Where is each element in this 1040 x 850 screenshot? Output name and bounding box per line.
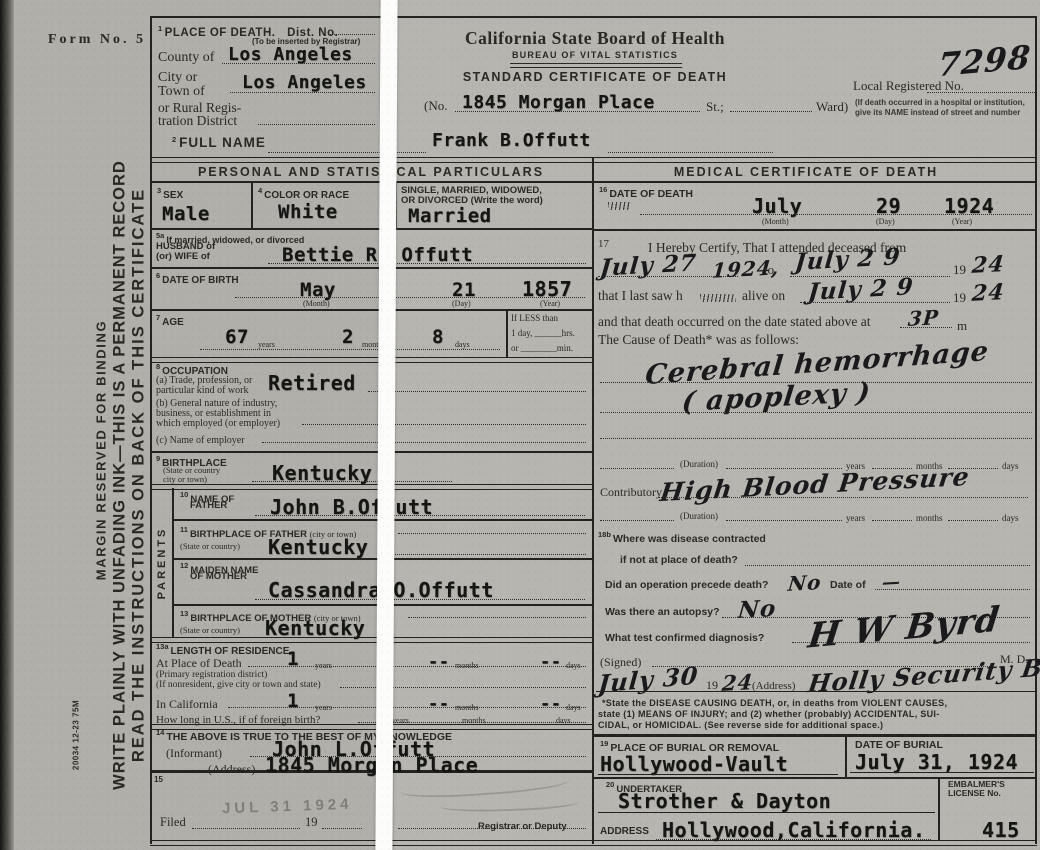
rule [594, 734, 1036, 737]
operation-date-label: Date of [830, 579, 866, 591]
race-value: White [278, 201, 338, 223]
residence-place-label: At Place of Death [156, 656, 242, 671]
autopsy-answer: No [737, 595, 778, 624]
board-of-health-title: California State Board of Health [430, 28, 760, 49]
leader [268, 263, 586, 264]
ward-label: Ward) [816, 99, 848, 115]
footnote-line-1: *State the DISEASE CAUSING DEATH, or, in… [602, 698, 947, 708]
leader [262, 442, 586, 443]
undertaker-value: Strother & Dayton [618, 789, 831, 813]
last-saw-year-value: 24 [971, 279, 1006, 307]
months-caption: months [462, 716, 486, 725]
filed-year-prefix: 19 [305, 815, 318, 830]
autopsy-question-label: Was there an autopsy? [605, 606, 720, 618]
informant-caption: (Informant) [166, 746, 222, 761]
cause-of-death-label: The Cause of Death* was as follows: [598, 332, 799, 348]
registrar-caption: Registrar or Deputy [478, 821, 567, 832]
leader [268, 152, 426, 153]
sex-label: 3SEX [157, 186, 183, 201]
spouse-wife-label: (or) WIFE of [156, 251, 210, 262]
rule [152, 451, 592, 453]
leader [255, 599, 585, 600]
personal-section-title: PERSONAL AND STATISTICAL PARTICULARS [152, 165, 590, 179]
attended-to-value: July 2 9 [794, 243, 902, 276]
leader [726, 520, 842, 521]
occupation-a-label-2: particular kind of work [156, 385, 248, 396]
county-value: Los Angeles [228, 44, 353, 65]
duration-caption: (Duration) [680, 459, 718, 469]
leader [455, 111, 700, 112]
leader [600, 412, 1032, 413]
to-label: to [764, 262, 774, 278]
footnote-line-3: CIDAL, or HOMICIDAL. (See reverse side f… [598, 720, 883, 730]
bureau-subtitle: BUREAU OF VITAL STATISTICS [430, 50, 760, 60]
leader [656, 839, 931, 840]
leader [255, 515, 585, 516]
disease-contracted-label: 18bWhere was disease contracted [598, 530, 766, 545]
day-caption: (Day) [876, 217, 895, 226]
strikethrough-scribble [700, 294, 736, 302]
leader [640, 214, 1032, 215]
month-caption: (Month) [762, 217, 789, 226]
leader [658, 497, 1028, 498]
print-code: 20034 12-23 75M [72, 700, 81, 770]
margin-note-binding: MARGIN RESERVED FOR BINDING [94, 320, 109, 580]
ink-mark [608, 202, 630, 210]
leader [600, 438, 1032, 439]
operation-question-label: Did an operation precede death? [605, 579, 768, 591]
occupation-value: Retired [268, 371, 356, 395]
full-name-value: Frank B.Offutt [432, 130, 591, 151]
days-caption: days [556, 716, 571, 725]
rule [948, 840, 1034, 841]
rule [596, 691, 1036, 692]
leader [192, 828, 300, 829]
medical-section-title: MEDICAL CERTIFICATE OF DEATH [596, 165, 1016, 179]
margin-note-read-instructions: READ THE INSTRUCTIONS ON BACK OF THIS CE… [130, 188, 149, 762]
town-of-label: Town of [158, 84, 205, 100]
days-caption: days [1002, 461, 1019, 471]
leader [380, 554, 586, 555]
age-note-3: or ________min. [511, 343, 573, 353]
contributory-label: Contributory [600, 485, 662, 500]
occupation-b-label-3: which employed (or employer) [156, 418, 280, 429]
residence-primary-note: (Primary registration district) [156, 670, 267, 680]
leader [600, 468, 674, 469]
age-days-value: 8 [432, 326, 444, 348]
date-of-burial-value: July 31, 1924 [855, 750, 1018, 774]
days-caption: days [455, 340, 470, 349]
rule [594, 181, 1036, 183]
leader [368, 391, 586, 392]
margin-note-write-plainly: WRITE PLAINLY WITH UNFADING INK—THIS IS … [111, 160, 130, 790]
rule [152, 228, 592, 230]
mother-birthplace-value: Kentucky [265, 616, 365, 640]
leader [322, 828, 362, 829]
leader [222, 63, 375, 64]
filed-label: Filed [160, 815, 186, 830]
years-caption: years [846, 513, 865, 523]
column-divider [592, 157, 594, 844]
date-of-death-label: 16DATE OF DEATH [599, 185, 693, 200]
age-label: 7AGE [156, 313, 184, 328]
leader [927, 92, 1035, 93]
leader [600, 520, 674, 521]
leader [235, 297, 585, 298]
leader [302, 424, 586, 425]
age-note-1: If LESS than [511, 313, 558, 323]
residence-california-years: 1 [287, 690, 299, 712]
leader [252, 481, 452, 482]
residence-us-label: How long in U.S., if of foreign birth? [156, 714, 320, 726]
cell-divider [506, 309, 508, 357]
year-caption: (Year) [540, 299, 560, 308]
residence-california-months: -- [428, 694, 449, 714]
residence-place-days: -- [540, 652, 561, 672]
street-value: 1845 Morgan Place [462, 92, 655, 113]
hospital-note: (If death occurred in a hospital or inst… [855, 98, 1027, 119]
marital-value: Married [408, 205, 492, 227]
not-at-place-label: if not at place of death? [620, 554, 738, 566]
certificate-title: STANDARD CERTIFICATE OF DEATH [430, 70, 760, 84]
leader [948, 520, 998, 521]
residence-place-months: -- [428, 652, 449, 672]
cell-divider [251, 181, 253, 228]
father-name-label-2: FATHER [190, 500, 227, 511]
residence-nonresident-note: (If nonresident, give city or town and s… [156, 680, 321, 690]
form-right-border [1035, 16, 1037, 844]
binding-edge-shadow [0, 0, 14, 850]
rule [594, 229, 1036, 231]
cell-divider [845, 734, 847, 777]
parents-divider [172, 488, 174, 638]
last-saw-date-value: July 2 9 [807, 273, 915, 306]
parents-group-label: PARENTS [156, 527, 168, 600]
sex-value: Male [162, 203, 210, 225]
leader [800, 302, 950, 303]
cell-divider [938, 777, 940, 841]
death-occurred-text: and that death occurred on the date stat… [598, 314, 871, 330]
day-caption: (Day) [452, 299, 471, 308]
footnote-line-2: state (1) MEANS OF INJURY; and (2) wheth… [598, 709, 940, 719]
street-no-label: (No. [424, 98, 447, 114]
undertaker-address-label: ADDRESS [600, 826, 649, 837]
mother-birthplace-note: (State or country) [180, 625, 240, 635]
rule [850, 772, 1034, 773]
meridiem-label: m [957, 318, 967, 334]
month-caption: (Month) [303, 299, 330, 308]
rural-district-label-2: tration District [158, 113, 237, 129]
leader [398, 533, 586, 534]
rule [152, 267, 592, 269]
residence-california-label: In California [156, 697, 218, 712]
form-number: Form No. 5 [48, 32, 146, 48]
leader [745, 565, 1030, 566]
days-caption: days [1002, 513, 1019, 523]
test-question-label: What test confirmed diagnosis? [605, 632, 764, 644]
year-prefix: 19 [953, 290, 966, 306]
father-birthplace-note: (State or country) [180, 541, 240, 551]
leader [228, 707, 586, 708]
attended-to-year-value: 24 [971, 251, 1006, 279]
form-top-border [150, 16, 1037, 18]
operation-date-value: — [881, 571, 902, 593]
year-prefix: 19 [953, 262, 966, 278]
full-name-label: 2FULL NAME [172, 135, 266, 150]
duration-caption: (Duration) [680, 511, 718, 521]
father-birthplace-value: Kentucky [268, 535, 368, 559]
filed-field-number: 15 [154, 775, 163, 784]
leader [900, 327, 952, 328]
leader [230, 92, 375, 93]
last-saw-text: that I last saw h [598, 288, 683, 304]
leader [258, 124, 375, 125]
years-caption: years [392, 716, 409, 725]
years-caption: years [258, 340, 275, 349]
informant-address-caption: (Address) [208, 762, 255, 777]
rule [598, 812, 935, 813]
rule [152, 181, 592, 183]
residence-california-days: -- [540, 694, 561, 714]
age-months-value: 2 [342, 326, 354, 348]
leader [408, 617, 586, 618]
form-left-border [150, 16, 152, 844]
birthplace-note-2: city or town) [163, 474, 207, 484]
rule [152, 309, 592, 311]
age-years-value: 67 [225, 326, 249, 348]
bureau-underline [510, 63, 682, 68]
leader [608, 152, 773, 153]
leader [200, 349, 500, 350]
county-label: County of [158, 50, 214, 66]
embalmer-license-value: 415 [982, 818, 1020, 842]
year-caption: (Year) [952, 217, 972, 226]
rule [598, 774, 838, 775]
occupation-c-label: (c) Name of employer [156, 435, 245, 446]
dob-label: 6DATE OF BIRTH [156, 271, 239, 286]
city-value: Los Angeles [242, 72, 367, 93]
leader [730, 111, 812, 112]
place-of-burial-value: Hollywood-Vault [600, 752, 788, 776]
death-certificate-scan: Form No. 5 MARGIN RESERVED FOR BINDING W… [0, 0, 1040, 850]
informant-address-value: 1845 Morgan Place [265, 753, 478, 777]
leader [248, 666, 586, 667]
embalmer-license-label-2: LICENSE No. [948, 788, 1001, 798]
mother-maiden-label-2: OF MOTHER [190, 571, 247, 582]
field-number: 1 [158, 24, 163, 33]
street-suffix-label: St.; [706, 99, 724, 115]
leader [872, 520, 912, 521]
leader [330, 34, 375, 35]
months-caption: months [916, 513, 943, 523]
residence-label: 13aLENGTH OF RESIDENCE [156, 642, 289, 657]
leader [875, 589, 1030, 590]
alive-on-text: alive on [742, 288, 785, 304]
certify-field-number: 17 [598, 238, 609, 250]
operation-answer: No [787, 570, 823, 596]
race-label: 4COLOR OR RACE [258, 186, 349, 201]
age-note-2: 1 day, ______hrs. [511, 328, 575, 338]
